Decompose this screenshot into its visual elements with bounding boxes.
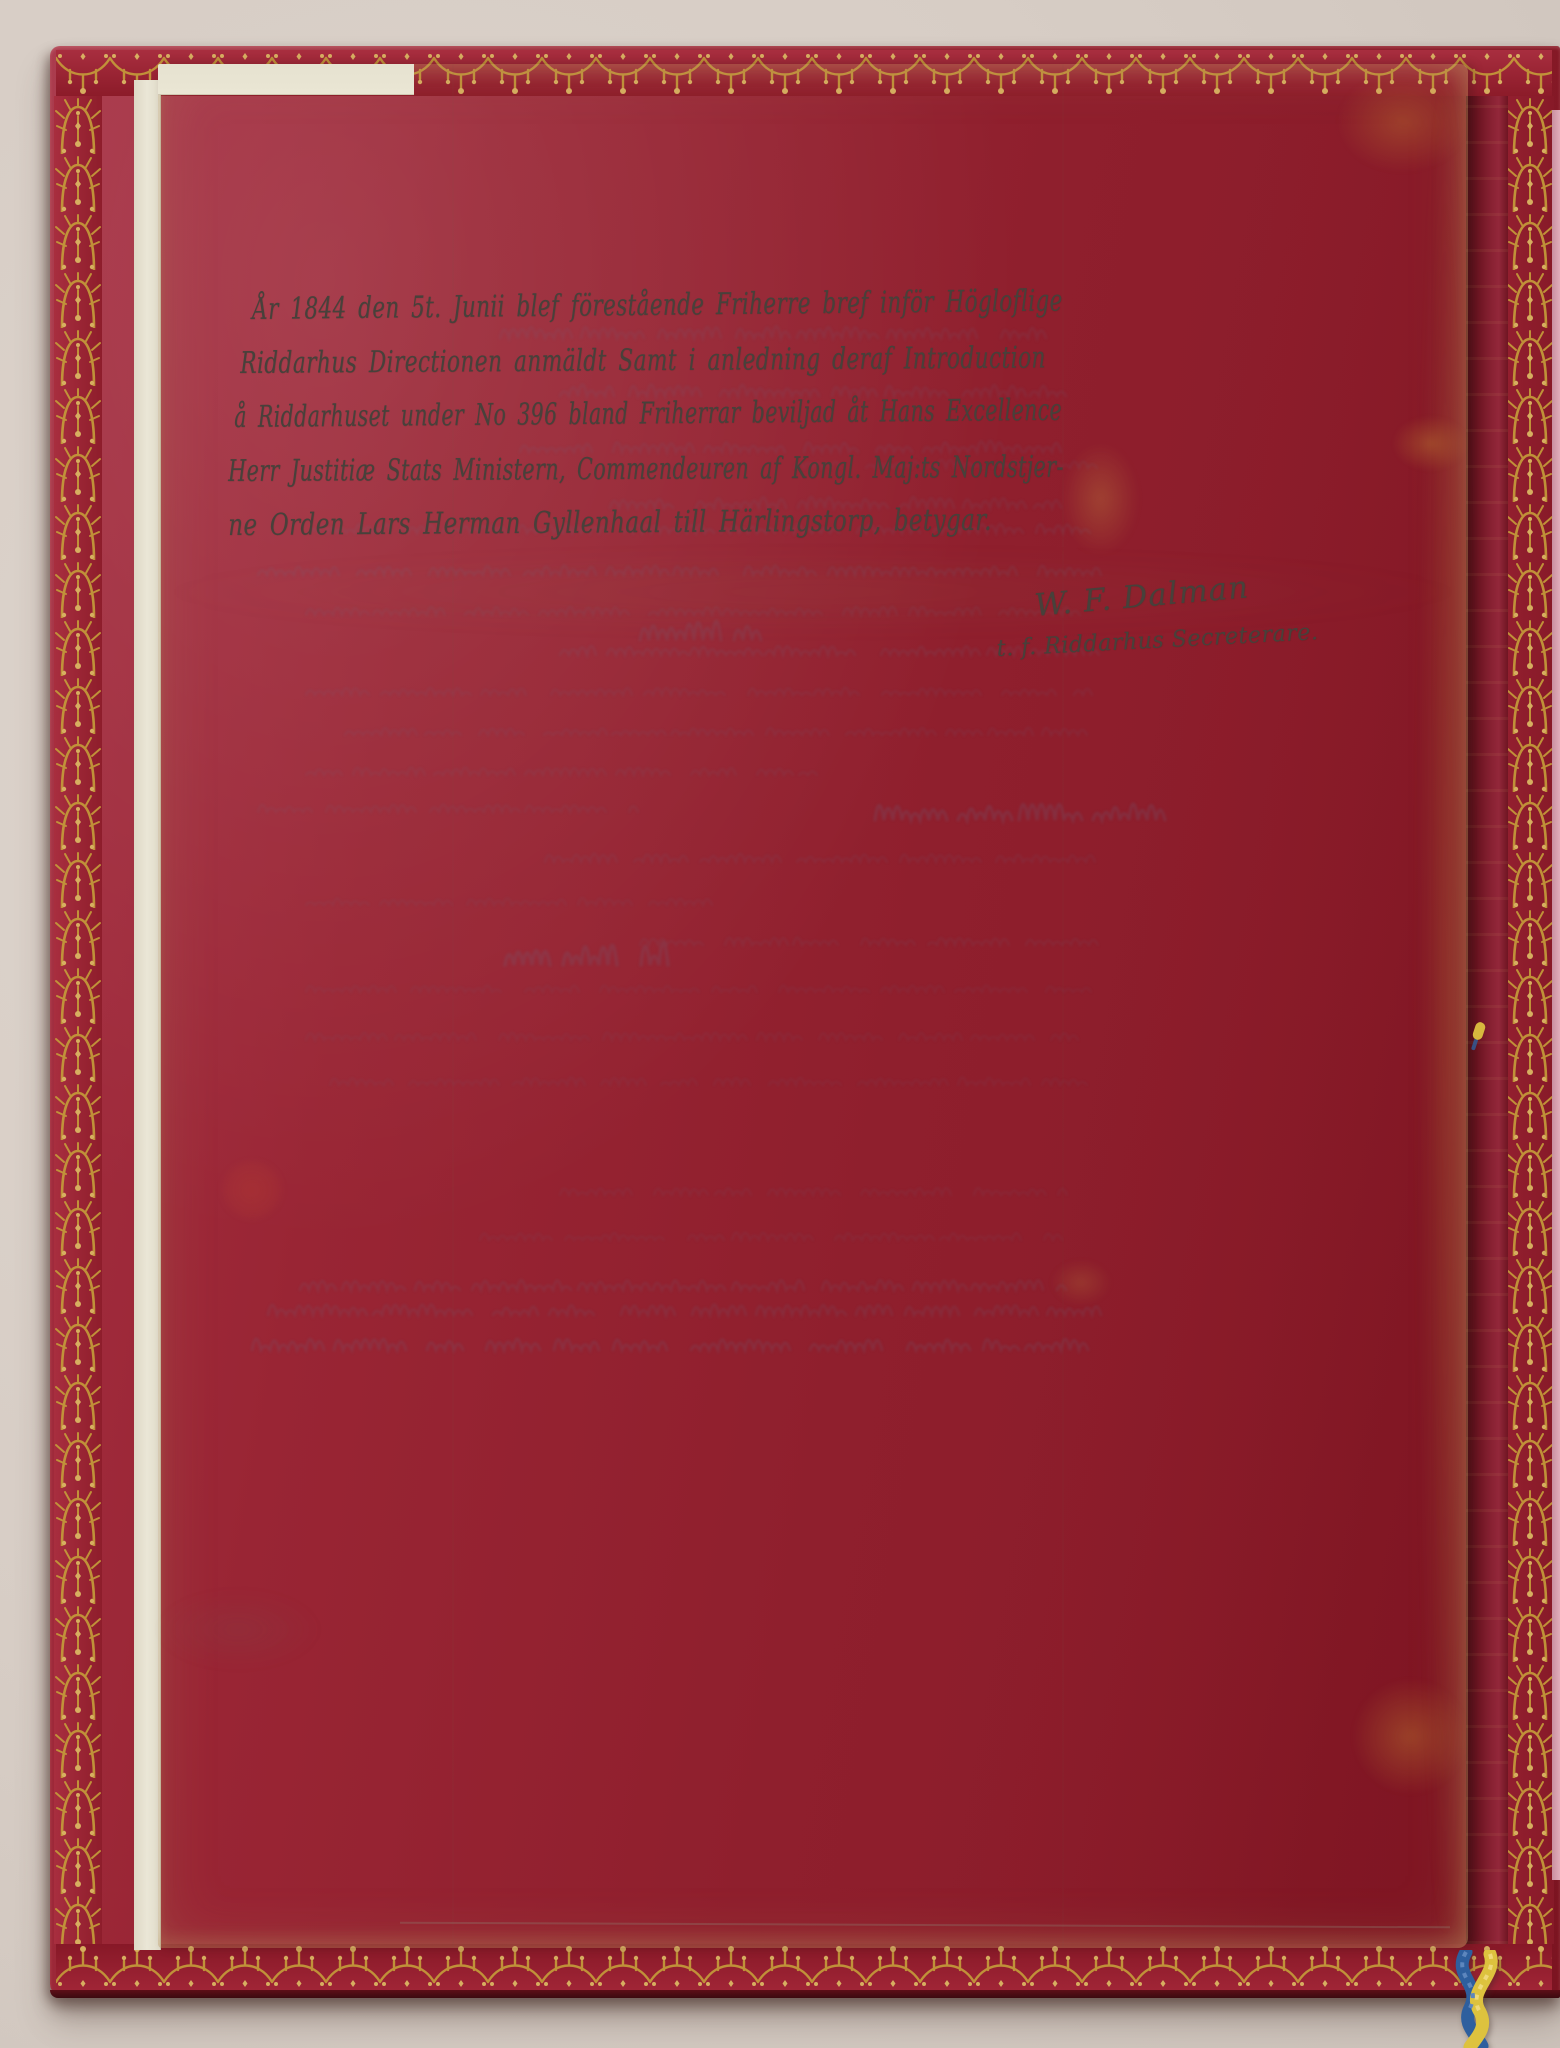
scanned-book-page: År 1844 den 5t. Junii blef förestående F… bbox=[0, 0, 1560, 2048]
wax-seal-showthrough bbox=[220, 1160, 284, 1220]
manuscript-line: å Riddarhuset under No 396 bland Friherr… bbox=[234, 389, 1062, 440]
manuscript-line: Riddarhus Directionen anmäldt Samt i anl… bbox=[240, 336, 1046, 386]
manuscript-line: ne Orden Lars Herman Gyllenhaal till Här… bbox=[228, 499, 992, 548]
bookmark-cord bbox=[1432, 1950, 1524, 2048]
manuscript-line: År 1844 den 5t. Junii blef förestående F… bbox=[252, 280, 1063, 332]
manuscript-line: Herr Justitiæ Stats Ministern, Commendeu… bbox=[228, 446, 1064, 494]
cord-yellow-strand bbox=[1470, 1954, 1491, 2047]
